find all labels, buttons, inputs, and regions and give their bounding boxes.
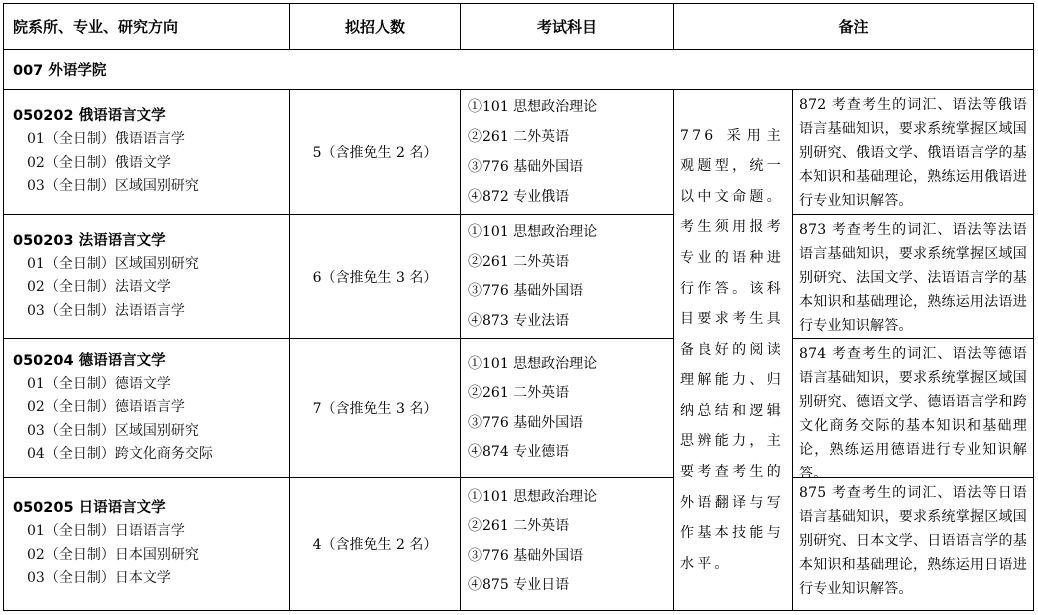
college-row: 007 外语学院 [3,49,1034,90]
subjects-cell: ①101 思想政治理论 ②261 二外英语 ③776 基础外国语 ④873 专业… [460,214,674,339]
direction-item: 03（全日制）区域国别研究 [13,420,289,444]
subject-item: ①101 思想政治理论 [468,354,673,374]
subject-item: ①101 思想政治理论 [468,97,673,117]
header-program-label: 院系所、专业、研究方向 [13,16,178,37]
note-cell: 872 考查考生的词汇、语法等俄语语言基础知识，要求系统掌握区域国别研究、俄语文… [792,89,1034,215]
header-remarks: 备注 [673,3,1034,50]
direction-item: 03（全日制）日本文学 [13,567,289,591]
subject-item: ②261 二外英语 [468,383,673,403]
subject-item: ④873 专业法语 [468,311,673,331]
subject-item: ②261 二外英语 [468,516,673,536]
quota-cell: 6（含推免生 3 名） [289,214,461,339]
shared-remark-cell: 776 采用主观题型，统一以中文命题。考生须用报考专业的语种进行作答。该科目要求… [673,89,793,611]
college-name: 007 外语学院 [13,59,106,80]
note-text: 875 考查考生的词汇、语法等日语语言基础知识，要求系统掌握区域国别研究、日本文… [799,485,1027,597]
header-subjects-label: 考试科目 [537,16,597,37]
header-remarks-label: 备注 [838,16,868,37]
direction-item: 01（全日制）日语语言学 [13,520,289,544]
subjects-cell: ①101 思想政治理论 ②261 二外英语 ③776 基础外国语 ④872 专业… [460,89,674,215]
subject-item: ④872 专业俄语 [468,187,673,207]
subject-item: ②261 二外英语 [468,252,673,272]
shared-remark-text: 776 采用主观题型，统一以中文命题。考生须用报考专业的语种进行作答。该科目要求… [680,121,784,580]
admissions-table: 院系所、专业、研究方向 拟招人数 考试科目 备注 007 外语学院 776 采用… [3,3,1034,611]
subject-item: ②261 二外英语 [468,127,673,147]
quota-cell: 4（含推免生 2 名） [289,477,461,611]
subject-item: ④875 专业日语 [468,575,673,595]
major-title: 050203 法语语言文学 [13,230,289,253]
direction-item: 01（全日制）俄语语言学 [13,128,289,152]
header-subjects: 考试科目 [460,3,674,50]
quota-cell: 7（含推免生 3 名） [289,338,461,478]
note-text: 874 考查考生的词汇、语法等德语语言基础知识，要求系统掌握区域国别研究、德语文… [799,346,1027,482]
direction-item: 02（全日制）俄语文学 [13,152,289,176]
subject-item: ④874 专业德语 [468,442,673,462]
direction-item: 02（全日制）法语文学 [13,276,289,300]
major-row-french: 050203 法语语言文学 01（全日制）区域国别研究 02（全日制）法语文学 … [3,214,290,339]
major-title: 050202 俄语语言文学 [13,105,289,128]
quota-value: 4（含推免生 2 名） [313,534,438,554]
major-row-japanese: 050205 日语语言文学 01（全日制）日语语言学 02（全日制）日本国别研究… [3,477,290,611]
major-title: 050205 日语语言文学 [13,497,289,520]
header-quota-label: 拟招人数 [345,16,405,37]
subjects-cell: ①101 思想政治理论 ②261 二外英语 ③776 基础外国语 ④875 专业… [460,477,674,611]
subject-item: ③776 基础外国语 [468,157,673,177]
quota-value: 7（含推免生 3 名） [313,398,438,418]
subject-item: ③776 基础外国语 [468,546,673,566]
subject-item: ①101 思想政治理论 [468,222,673,242]
subject-item: ③776 基础外国语 [468,413,673,433]
note-cell: 875 考查考生的词汇、语法等日语语言基础知识，要求系统掌握区域国别研究、日本文… [792,477,1034,611]
major-row-russian: 050202 俄语语言文学 01（全日制）俄语语言学 02（全日制）俄语文学 0… [3,89,290,215]
direction-item: 03（全日制）区域国别研究 [13,175,289,199]
quota-value: 6（含推免生 3 名） [313,267,438,287]
direction-item: 03（全日制）法语语言学 [13,300,289,324]
direction-item: 01（全日制）区域国别研究 [13,253,289,277]
header-program: 院系所、专业、研究方向 [3,3,290,50]
quota-cell: 5（含推免生 2 名） [289,89,461,215]
subject-item: ①101 思想政治理论 [468,487,673,507]
major-row-german: 050204 德语语言文学 01（全日制）德语文学 02（全日制）德语语言学 0… [3,338,290,478]
note-cell: 873 考查考生的词汇、语法等法语语言基础知识，要求系统掌握区域国别研究、法国文… [792,214,1034,339]
subject-item: ③776 基础外国语 [468,281,673,301]
major-title: 050204 德语语言文学 [13,350,289,373]
note-text: 872 考查考生的词汇、语法等俄语语言基础知识，要求系统掌握区域国别研究、俄语文… [799,97,1027,209]
note-cell: 874 考查考生的词汇、语法等德语语言基础知识，要求系统掌握区域国别研究、德语文… [792,338,1034,478]
direction-item: 02（全日制）日本国别研究 [13,544,289,568]
header-quota: 拟招人数 [289,3,461,50]
note-text: 873 考查考生的词汇、语法等法语语言基础知识，要求系统掌握区域国别研究、法国文… [799,222,1027,334]
direction-item: 04（全日制）跨文化商务交际 [13,443,289,467]
direction-item: 01（全日制）德语文学 [13,373,289,397]
quota-value: 5（含推免生 2 名） [313,142,438,162]
subjects-cell: ①101 思想政治理论 ②261 二外英语 ③776 基础外国语 ④874 专业… [460,338,674,478]
direction-item: 02（全日制）德语语言学 [13,396,289,420]
